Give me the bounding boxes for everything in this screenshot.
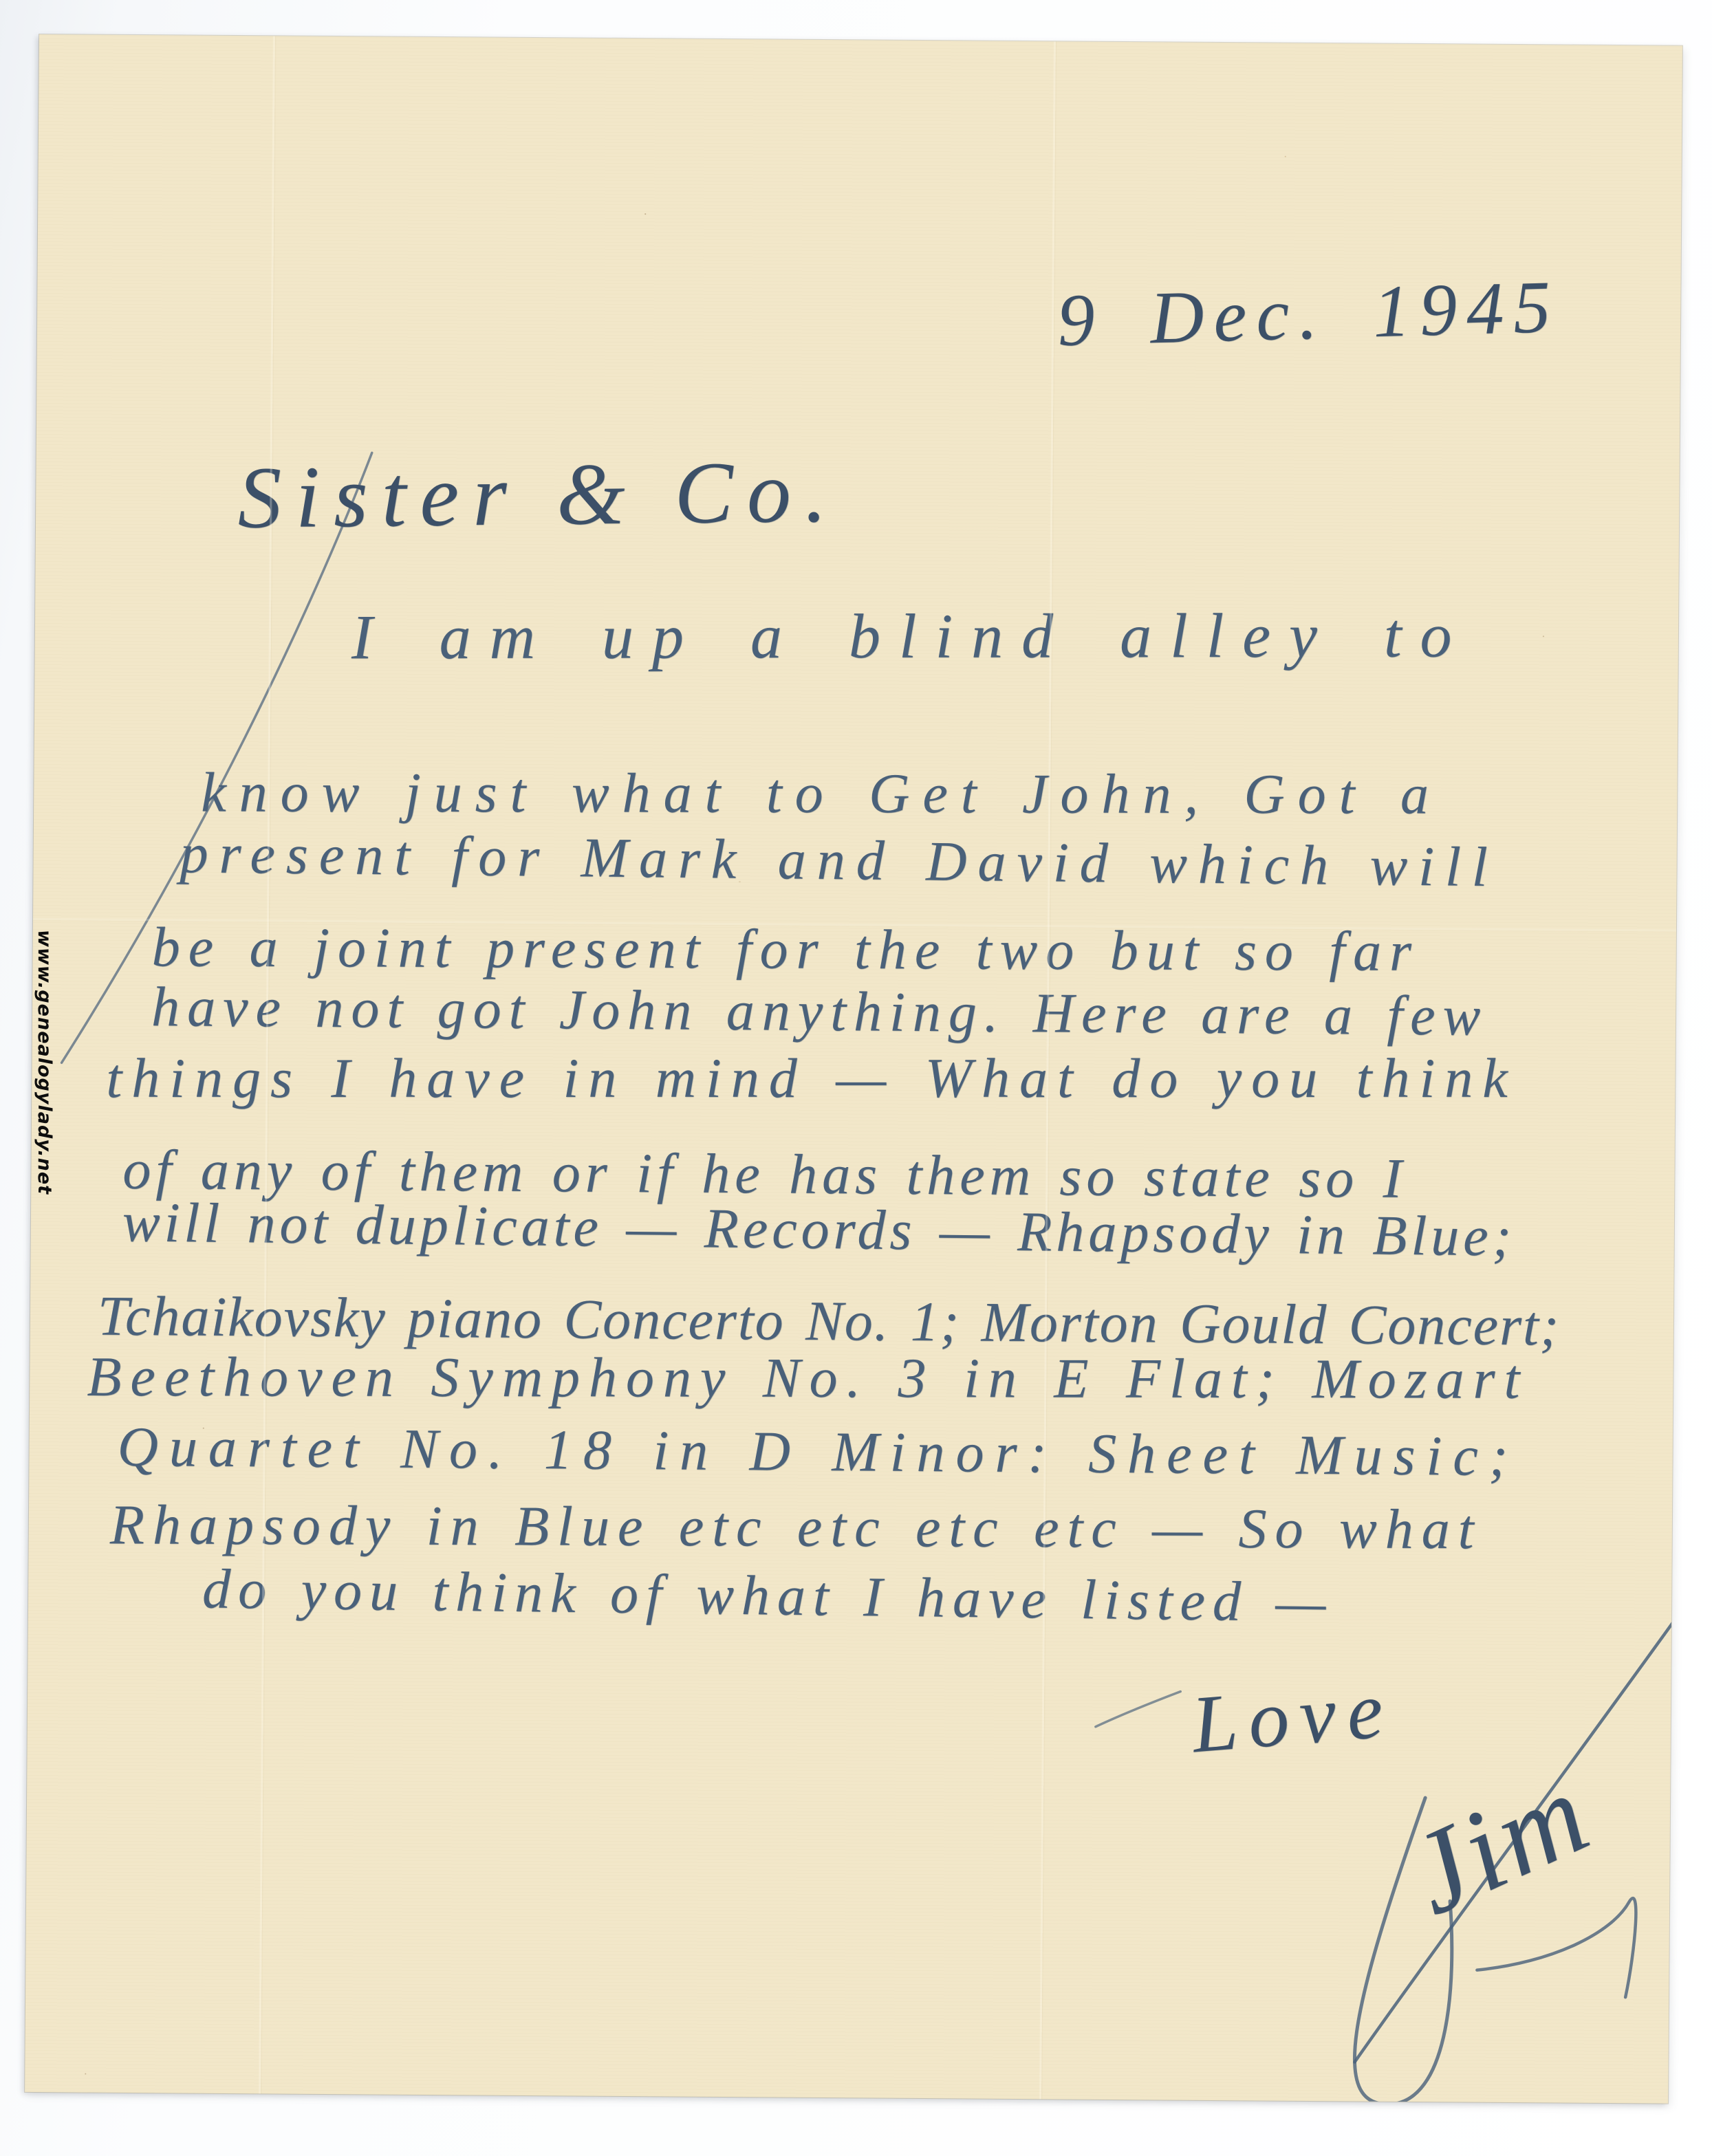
body-line-3: be a joint present for the two but so fa… [152, 919, 1420, 979]
body-line-8: Tchaikovsky piano Concerto No. 1; Morton… [98, 1288, 1561, 1355]
closing-flourish-stroke [1096, 1691, 1180, 1728]
body-line-12: do you think of what I have listed — [202, 1560, 1334, 1631]
body-line-4: have not got John anything. Here are a f… [151, 979, 1488, 1045]
scanned-letter-page: 9 Dec. 1945 Sister & Co. I am up a blind… [0, 0, 1712, 2156]
closing-love: Love [1189, 1668, 1397, 1765]
body-line-5: things I have in mind — What do you thin… [106, 1050, 1517, 1107]
body-line-9: Beethoven Symphony No. 3 in E Flat; Moza… [87, 1349, 1528, 1408]
opening-line: I am up a blind alley to [351, 603, 1471, 668]
watermark-url: www.genealogylady.net [34, 930, 55, 1195]
body-line-10: Quartet No. 18 in D Minor: Sheet Music; [117, 1419, 1519, 1485]
body-line-7: will not duplicate — Records — Rhapsody … [122, 1194, 1516, 1265]
signature-jim: Jim [1393, 1752, 1606, 1934]
letter-date: 9 Dec. 1945 [1057, 270, 1561, 358]
body-line-11: Rhapsody in Blue etc etc etc etc — So wh… [110, 1496, 1482, 1558]
salutation: Sister & Co. [237, 448, 841, 542]
body-line-1: know just what to Get John, Got a [201, 764, 1442, 823]
body-line-2: present for Mark and David which will [180, 825, 1499, 895]
letter-paper: 9 Dec. 1945 Sister & Co. I am up a blind… [25, 34, 1682, 2104]
